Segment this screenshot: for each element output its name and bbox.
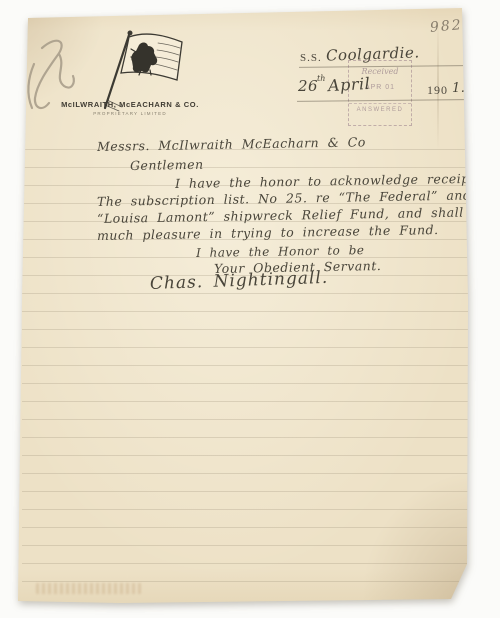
date-day-suffix: th <box>317 74 325 83</box>
paper-shadow: McILWRAITH, McEACHARN & CO. PROPRIETARY … <box>0 0 500 618</box>
photographed-letter: McILWRAITH, McEACHARN & CO. PROPRIETARY … <box>0 0 500 618</box>
letterhead-company-name: McILWRAITH, McEACHARN & CO. <box>40 100 220 109</box>
printed-year-prefix: 190 <box>427 83 448 98</box>
printed-ss-prefix: S.S. <box>300 52 322 64</box>
signature: Chas. Nightingall. <box>150 268 329 294</box>
pencil-number: 9825 <box>429 16 474 36</box>
letter-recipient: Messrs. McIlwraith McEacharn & Co <box>97 134 366 154</box>
stamp-line3: ANSWERED <box>349 103 411 113</box>
date-month-handwritten: April <box>328 74 371 95</box>
letterhead-subtitle: PROPRIETARY LIMITED <box>40 111 220 116</box>
faint-accession-stamp <box>36 583 142 594</box>
letter-body-line: much pleasure in trying to increase the … <box>97 222 439 243</box>
letter-paper: McILWRAITH, McEACHARN & CO. PROPRIETARY … <box>0 0 500 618</box>
letter-salutation: Gentlemen <box>130 157 204 173</box>
year-final-digit-handwritten: 1. <box>452 81 465 96</box>
letter-closing-line: I have the Honor to be <box>196 243 365 260</box>
date-day-handwritten: 26 <box>298 77 318 95</box>
